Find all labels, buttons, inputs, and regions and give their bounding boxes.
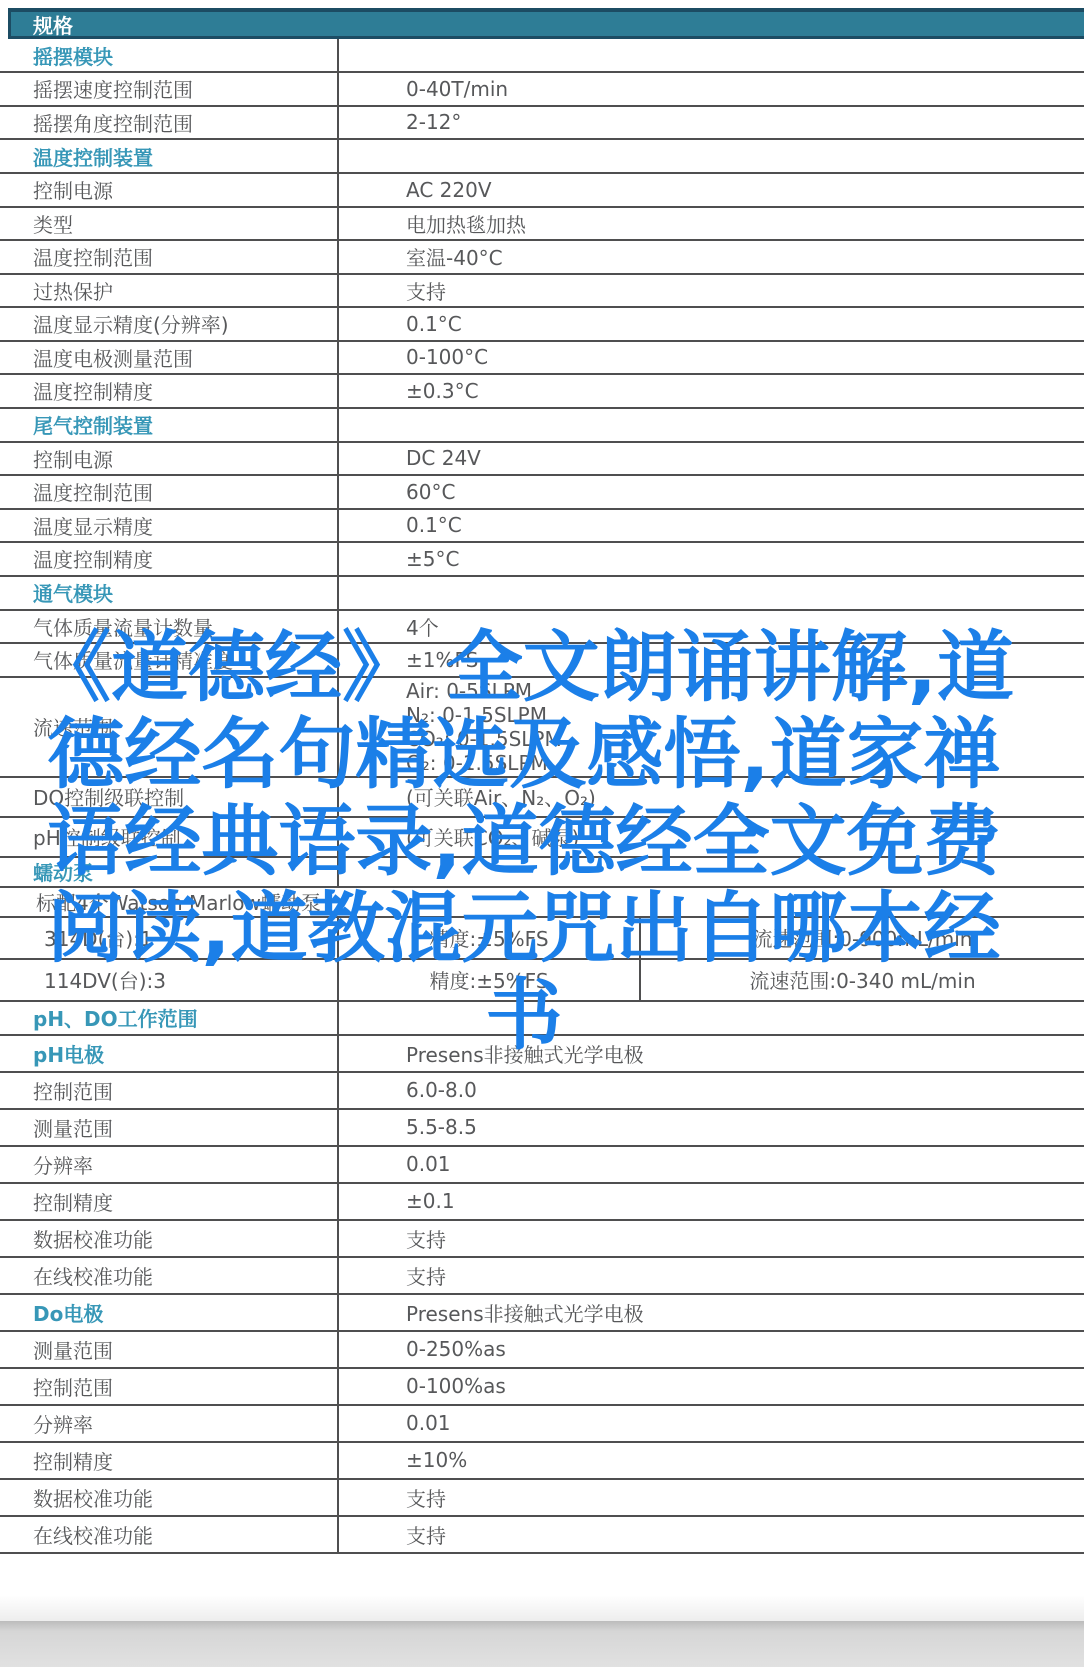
row-value: 0.1°C [339, 510, 1084, 542]
section-label: 蠕动泵 [0, 858, 339, 886]
row-value: ±0.3°C [339, 375, 1084, 407]
row-label: 控制电源 [0, 443, 339, 475]
section-spacer [339, 1002, 1084, 1034]
row-label: pH电极 [0, 1036, 339, 1071]
row-value: 0.01 [339, 1406, 1084, 1441]
spec-row: 温度显示精度(分辨率)0.1°C [0, 308, 1084, 342]
spec-row: 摇摆角度控制范围2-12° [0, 107, 1084, 141]
spec-row: 分辨率0.01 [0, 1406, 1084, 1443]
row-value: 2-12° [339, 107, 1084, 139]
spec-row: 摇摆速度控制范围0-40T/min [0, 73, 1084, 107]
row-label: pH控制级联控制 [0, 818, 339, 856]
pump-accuracy-cell: 精度:±5%FS [339, 918, 641, 958]
section-label: 温度控制装置 [0, 140, 339, 172]
section-header-row: 摇摆模块 [0, 39, 1084, 73]
spec-row: 114DV(台):3精度:±5%FS流速范围:0-340 mL/min [0, 960, 1084, 1002]
row-value: Presens非接触式光学电极 [339, 1295, 1084, 1330]
row-value: ±0.1 [339, 1184, 1084, 1219]
spec-row: 控制精度±0.1 [0, 1184, 1084, 1221]
spec-row: 在线校准功能支持 [0, 1258, 1084, 1295]
spec-row: 温度电极测量范围0-100°C [0, 342, 1084, 376]
row-label: 气体质量流量计精准度 [0, 644, 339, 676]
spec-row: 314D(台):1精度:±5%FS流速范围:0-900mL/min [0, 918, 1084, 960]
spec-row: 温度控制范围60°C [0, 476, 1084, 510]
section-label: 摇摆模块 [0, 39, 339, 71]
spec-row: 控制精度±10% [0, 1443, 1084, 1480]
row-label: 分辨率 [0, 1406, 339, 1441]
row-value: 0.1°C [339, 308, 1084, 340]
spec-row: pH控制级联控制(可关联CO₂、碱泵) [0, 818, 1084, 858]
section-spacer [339, 140, 1084, 172]
row-value: ±1%FS [339, 644, 1084, 676]
row-value: DC 24V [339, 443, 1084, 475]
row-label: 控制精度 [0, 1184, 339, 1219]
spec-row: 气体质量流量计数量4个 [0, 611, 1084, 645]
row-label: 温度控制范围 [0, 476, 339, 508]
row-value: ±10% [339, 1443, 1084, 1478]
row-label: 温度控制精度 [0, 543, 339, 575]
spec-row: 流速范围Air: 0-5SLPMN₂: 0-1.5SLPMCO₂: 0-1.5S… [0, 678, 1084, 778]
spec-row: 温度控制精度±0.3°C [0, 375, 1084, 409]
row-value: AC 220V [339, 174, 1084, 206]
spec-row: 温度显示精度0.1°C [0, 510, 1084, 544]
row-value: 支持 [339, 275, 1084, 307]
row-label: 气体质量流量计数量 [0, 611, 339, 643]
section-header-row: 通气模块 [0, 577, 1084, 611]
section-spacer [339, 577, 1084, 609]
spec-row: 标配4个Watson Marlow蠕动泵 [0, 888, 1084, 918]
row-value-line: O₂: 0-1.5SLPM [406, 751, 548, 775]
row-value: 电加热毯加热 [339, 208, 1084, 240]
row-label: 数据校准功能 [0, 1480, 339, 1515]
row-value: (可关联CO₂、碱泵) [339, 818, 1084, 856]
pump-flowrate-cell: 流速范围:0-900mL/min [641, 918, 1084, 958]
row-value: Presens非接触式光学电极 [339, 1036, 1084, 1071]
section-header-row: 温度控制装置 [0, 140, 1084, 174]
spec-row: 气体质量流量计精准度±1%FS [0, 644, 1084, 678]
row-value: 0-100%as [339, 1369, 1084, 1404]
row-label: 温度控制范围 [0, 241, 339, 273]
row-label: 温度电极测量范围 [0, 342, 339, 374]
row-value: 5.5-8.5 [339, 1110, 1084, 1145]
row-label: 过热保护 [0, 275, 339, 307]
row-value: 0-250%as [339, 1332, 1084, 1367]
row-label: 在线校准功能 [0, 1517, 339, 1552]
pump-model-cell: 114DV(台):3 [0, 960, 339, 1000]
spec-row: 控制范围0-100%as [0, 1369, 1084, 1406]
spec-row: 数据校准功能支持 [0, 1221, 1084, 1258]
row-value: 支持 [339, 1480, 1084, 1515]
spec-row: 控制电源DC 24V [0, 443, 1084, 477]
row-label: 温度显示精度 [0, 510, 339, 542]
spec-row: 控制范围6.0-8.0 [0, 1073, 1084, 1110]
row-value: 支持 [339, 1517, 1084, 1552]
row-label: Do电极 [0, 1295, 339, 1330]
spec-row: 测量范围5.5-8.5 [0, 1110, 1084, 1147]
row-value: 4个 [339, 611, 1084, 643]
row-label: 控制电源 [0, 174, 339, 206]
row-label: 测量范围 [0, 1110, 339, 1145]
row-value: 支持 [339, 1258, 1084, 1293]
row-value-line: CO₂: 0-1.5SLPM [406, 727, 562, 751]
row-label: 流速范围 [0, 678, 339, 776]
spec-header-bar: 规格 [8, 8, 1084, 39]
row-value: 0-40T/min [339, 73, 1084, 105]
spec-row: DO控制级联控制(可关联Air、N₂、O₂) [0, 778, 1084, 818]
section-label: 通气模块 [0, 577, 339, 609]
spec-row: Do电极Presens非接触式光学电极 [0, 1295, 1084, 1332]
spec-row: 分辨率0.01 [0, 1147, 1084, 1184]
spec-row: 数据校准功能支持 [0, 1480, 1084, 1517]
section-spacer [339, 39, 1084, 71]
row-label: 温度显示精度(分辨率) [0, 308, 339, 340]
section-label: pH、DO工作范围 [0, 1002, 339, 1034]
row-value: ±5°C [339, 543, 1084, 575]
section-header-row: 尾气控制装置 [0, 409, 1084, 443]
row-label: 分辨率 [0, 1147, 339, 1182]
pump-model-cell: 314D(台):1 [0, 918, 339, 958]
spec-row: 温度控制精度±5°C [0, 543, 1084, 577]
section-label: 尾气控制装置 [0, 409, 339, 441]
spec-table: 摇摆模块摇摆速度控制范围0-40T/min摇摆角度控制范围2-12°温度控制装置… [0, 39, 1084, 1554]
row-label: 温度控制精度 [0, 375, 339, 407]
spec-row: 在线校准功能支持 [0, 1517, 1084, 1554]
row-value-list: Air: 0-5SLPMN₂: 0-1.5SLPMCO₂: 0-1.5SLPMO… [339, 678, 1084, 776]
row-label: 控制范围 [0, 1369, 339, 1404]
spec-row: 过热保护支持 [0, 275, 1084, 309]
row-label: 在线校准功能 [0, 1258, 339, 1293]
spec-row: 控制电源AC 220V [0, 174, 1084, 208]
section-header-row: pH、DO工作范围 [0, 1002, 1084, 1036]
row-label: 测量范围 [0, 1332, 339, 1367]
row-label: DO控制级联控制 [0, 778, 339, 816]
spec-page: 规格 摇摆模块摇摆速度控制范围0-40T/min摇摆角度控制范围2-12°温度控… [0, 0, 1084, 1667]
spec-header-title: 规格 [33, 10, 73, 39]
row-spanning-label: 标配4个Watson Marlow蠕动泵 [0, 888, 1084, 916]
row-value: 60°C [339, 476, 1084, 508]
row-label: 摇摆速度控制范围 [0, 73, 339, 105]
row-label: 数据校准功能 [0, 1221, 339, 1256]
page-footer-band [0, 1621, 1084, 1667]
row-value: (可关联Air、N₂、O₂) [339, 778, 1084, 816]
row-value: 室温-40°C [339, 241, 1084, 273]
row-value: 0.01 [339, 1147, 1084, 1182]
section-spacer [339, 858, 1084, 886]
spec-row: pH电极Presens非接触式光学电极 [0, 1036, 1084, 1073]
spec-row: 测量范围0-250%as [0, 1332, 1084, 1369]
spec-row: 类型电加热毯加热 [0, 208, 1084, 242]
section-header-row: 蠕动泵 [0, 858, 1084, 888]
row-label: 控制范围 [0, 1073, 339, 1108]
row-value: 6.0-8.0 [339, 1073, 1084, 1108]
pump-accuracy-cell: 精度:±5%FS [339, 960, 641, 1000]
row-label: 控制精度 [0, 1443, 339, 1478]
row-value-line: Air: 0-5SLPM [406, 679, 532, 703]
row-value: 0-100°C [339, 342, 1084, 374]
section-spacer [339, 409, 1084, 441]
spec-row: 温度控制范围室温-40°C [0, 241, 1084, 275]
row-label: 摇摆角度控制范围 [0, 107, 339, 139]
row-value: 支持 [339, 1221, 1084, 1256]
pump-flowrate-cell: 流速范围:0-340 mL/min [641, 960, 1084, 1000]
row-value-line: N₂: 0-1.5SLPM [406, 703, 547, 727]
page-bottom-shadow [0, 1595, 1084, 1621]
row-label: 类型 [0, 208, 339, 240]
